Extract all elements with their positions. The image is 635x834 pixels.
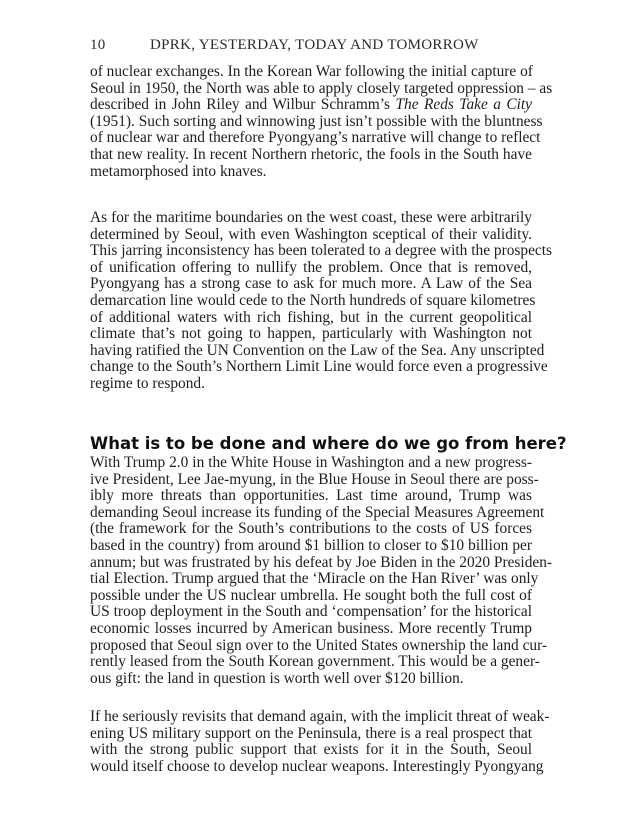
text-line: that new reality. In recent Northern rhe… — [90, 147, 532, 164]
text-line: Pyongyang has a strong case to ask for m… — [90, 276, 532, 293]
text-line: With Trump 2.0 in the White House in Was… — [90, 455, 532, 472]
text-line: determined by Seoul, with even Washingto… — [90, 227, 532, 244]
text-line: As for the maritime boundaries on the we… — [90, 210, 532, 227]
text-line: with the strong public support that exis… — [90, 742, 532, 759]
text-line: based in the country) from around $1 bil… — [90, 538, 532, 555]
running-head: 10DPRK, YESTERDAY, TODAY AND TOMORROW — [90, 37, 532, 54]
text-line: described in John Riley and Wilbur Schra… — [90, 97, 532, 114]
text-line: demarcation line would cede to the North… — [90, 293, 532, 310]
text-line: demanding Seoul increase its funding of … — [90, 505, 532, 522]
text-line: (the framework for the South’s contribut… — [90, 521, 532, 538]
text-line: metamorphosed into knaves. — [90, 164, 532, 181]
paragraph-3: With Trump 2.0 in the White House in Was… — [90, 455, 532, 687]
text-line: of unification offering to nullify the p… — [90, 260, 532, 277]
text-line: regime to respond. — [90, 376, 532, 393]
paragraph-2: As for the maritime boundaries on the we… — [90, 210, 532, 393]
text-line: of nuclear exchanges. In the Korean War … — [90, 64, 532, 81]
text-line: ous gift: the land in question is worth … — [90, 671, 532, 688]
text-line: economic losses incurred by American bus… — [90, 621, 532, 638]
book-title-italic: The Reds Take a City — [395, 96, 532, 113]
text-line: annum; but was frustrated by his defeat … — [90, 555, 532, 572]
text-line: having ratified the UN Convention on the… — [90, 343, 532, 360]
text-line: climate that’s not going to happen, part… — [90, 326, 532, 343]
text-run: described in John Riley and Wilbur Schra… — [90, 96, 395, 113]
page-number: 10 — [90, 37, 150, 54]
paragraph-4: If he seriously revisits that demand aga… — [90, 709, 532, 775]
running-head-title: DPRK, YESTERDAY, TODAY AND TOMORROW — [150, 37, 479, 53]
text-line: (1951). Such sorting and winnowing just … — [90, 114, 532, 131]
text-line: tial Election. Trump argued that the ‘Mi… — [90, 571, 532, 588]
text-line: US troop deployment in the South and ‘co… — [90, 604, 532, 621]
text-line: If he seriously revisits that demand aga… — [90, 709, 532, 726]
text-line: ive President, Lee Jae-myung, in the Blu… — [90, 472, 532, 489]
text-line: ening US military support on the Peninsu… — [90, 726, 532, 743]
text-line: change to the South’s Northern Limit Lin… — [90, 359, 532, 376]
text-line: Seoul in 1950, the North was able to app… — [90, 81, 532, 98]
paragraph-1: of nuclear exchanges. In the Korean War … — [90, 64, 532, 180]
text-line: This jarring inconsistency has been tole… — [90, 243, 532, 260]
text-line: rently leased from the South Korean gove… — [90, 654, 532, 671]
text-line: possible under the US nuclear umbrella. … — [90, 588, 532, 605]
text-line: would itself choose to develop nuclear w… — [90, 759, 532, 776]
text-line: of nuclear war and therefore Pyongyang’s… — [90, 130, 532, 147]
section-heading: What is to be done and where do we go fr… — [90, 434, 532, 453]
text-line: proposed that Seoul sign over to the Uni… — [90, 638, 532, 655]
text-line: of additional waters with rich fishing, … — [90, 310, 532, 327]
text-line: ibly more threats than opportunities. La… — [90, 488, 532, 505]
